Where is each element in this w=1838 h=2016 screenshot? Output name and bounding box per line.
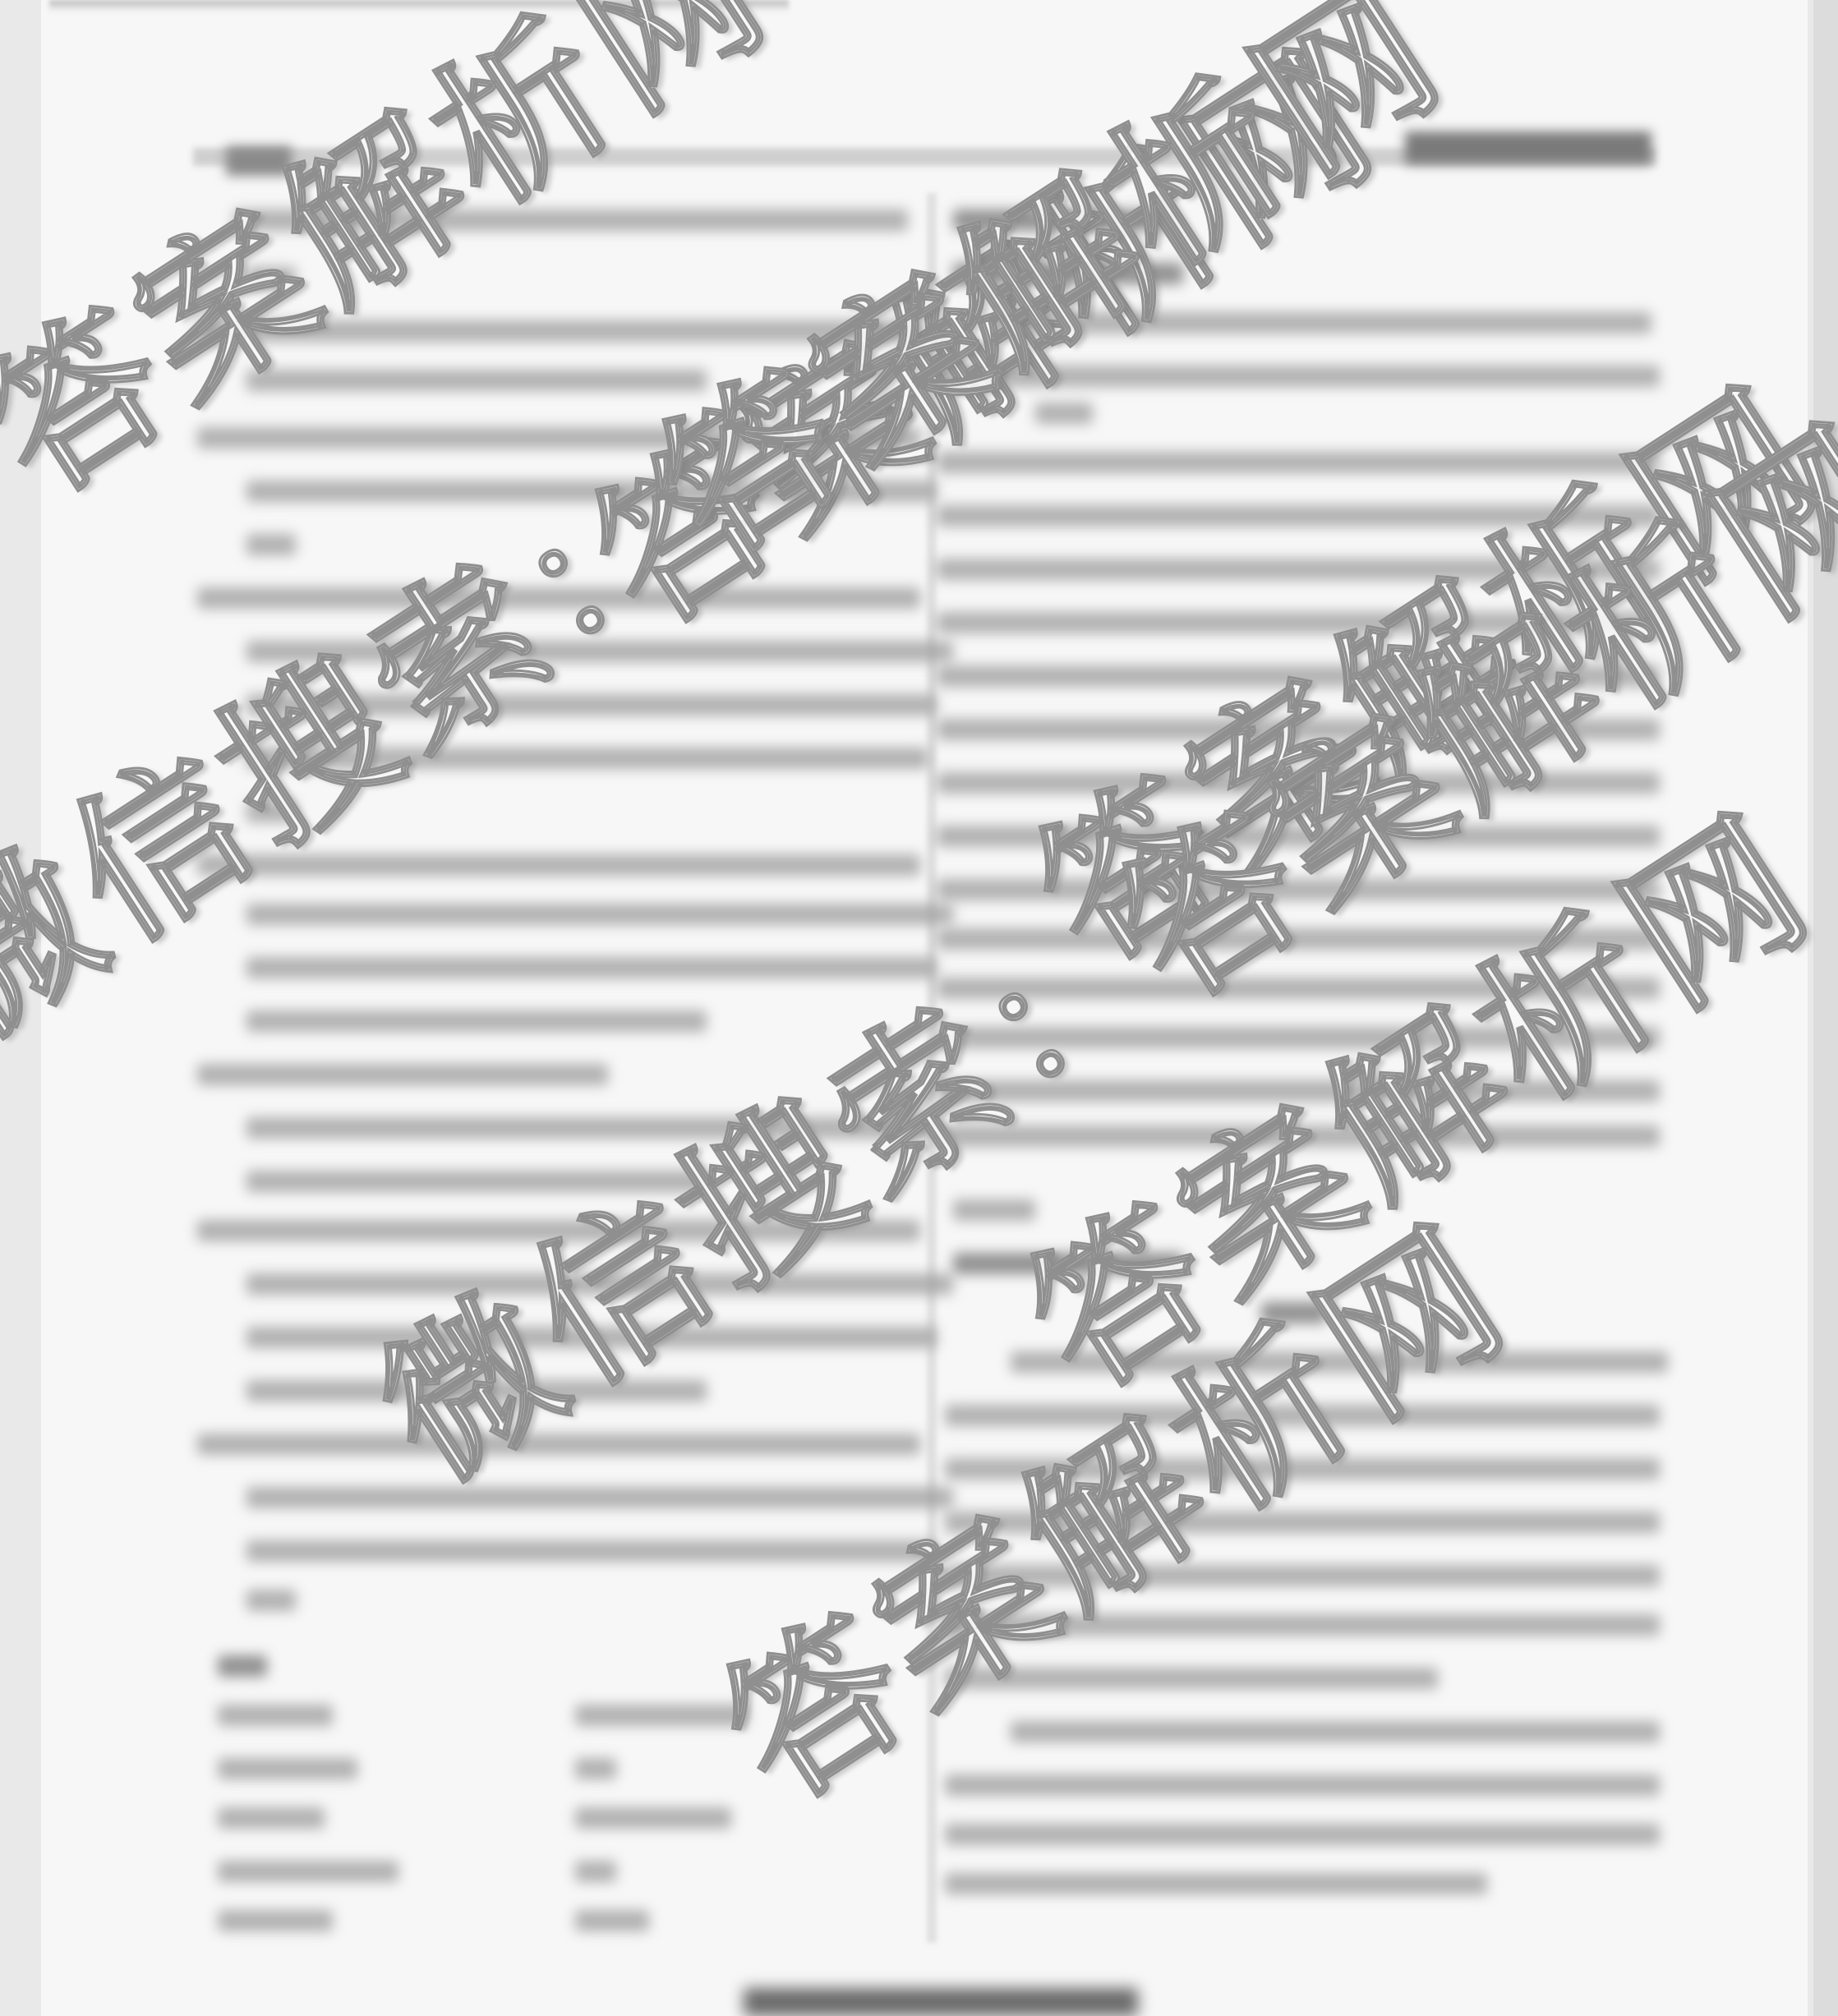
blurred-text-line <box>575 1910 649 1931</box>
blurred-text-line <box>218 1861 398 1882</box>
blurred-text-line <box>218 1758 357 1779</box>
blurred-text-line <box>945 1824 1660 1845</box>
footer-section-title <box>744 1988 1138 2016</box>
blurred-text-line <box>1011 1721 1660 1742</box>
blurred-text-line <box>246 534 296 555</box>
blurred-text-line <box>218 1705 333 1726</box>
blurred-text-line <box>945 1774 1660 1796</box>
blurred-text-line <box>197 1064 608 1085</box>
blurred-text-line <box>246 1487 953 1508</box>
blurred-text-line <box>246 1590 296 1611</box>
blurred-text-line <box>575 1758 616 1779</box>
blurred-text-line <box>246 957 937 978</box>
blurred-text-line <box>945 1873 1487 1894</box>
blurred-text-line <box>218 1655 267 1677</box>
page-edge <box>1813 0 1838 2016</box>
blurred-text-line <box>246 904 953 925</box>
blurred-text-line <box>218 1807 325 1829</box>
blurred-text-line <box>246 1010 707 1032</box>
blurred-text-line <box>575 1807 731 1829</box>
blurred-text-line <box>218 1910 333 1931</box>
blurred-text-line <box>575 1861 616 1882</box>
